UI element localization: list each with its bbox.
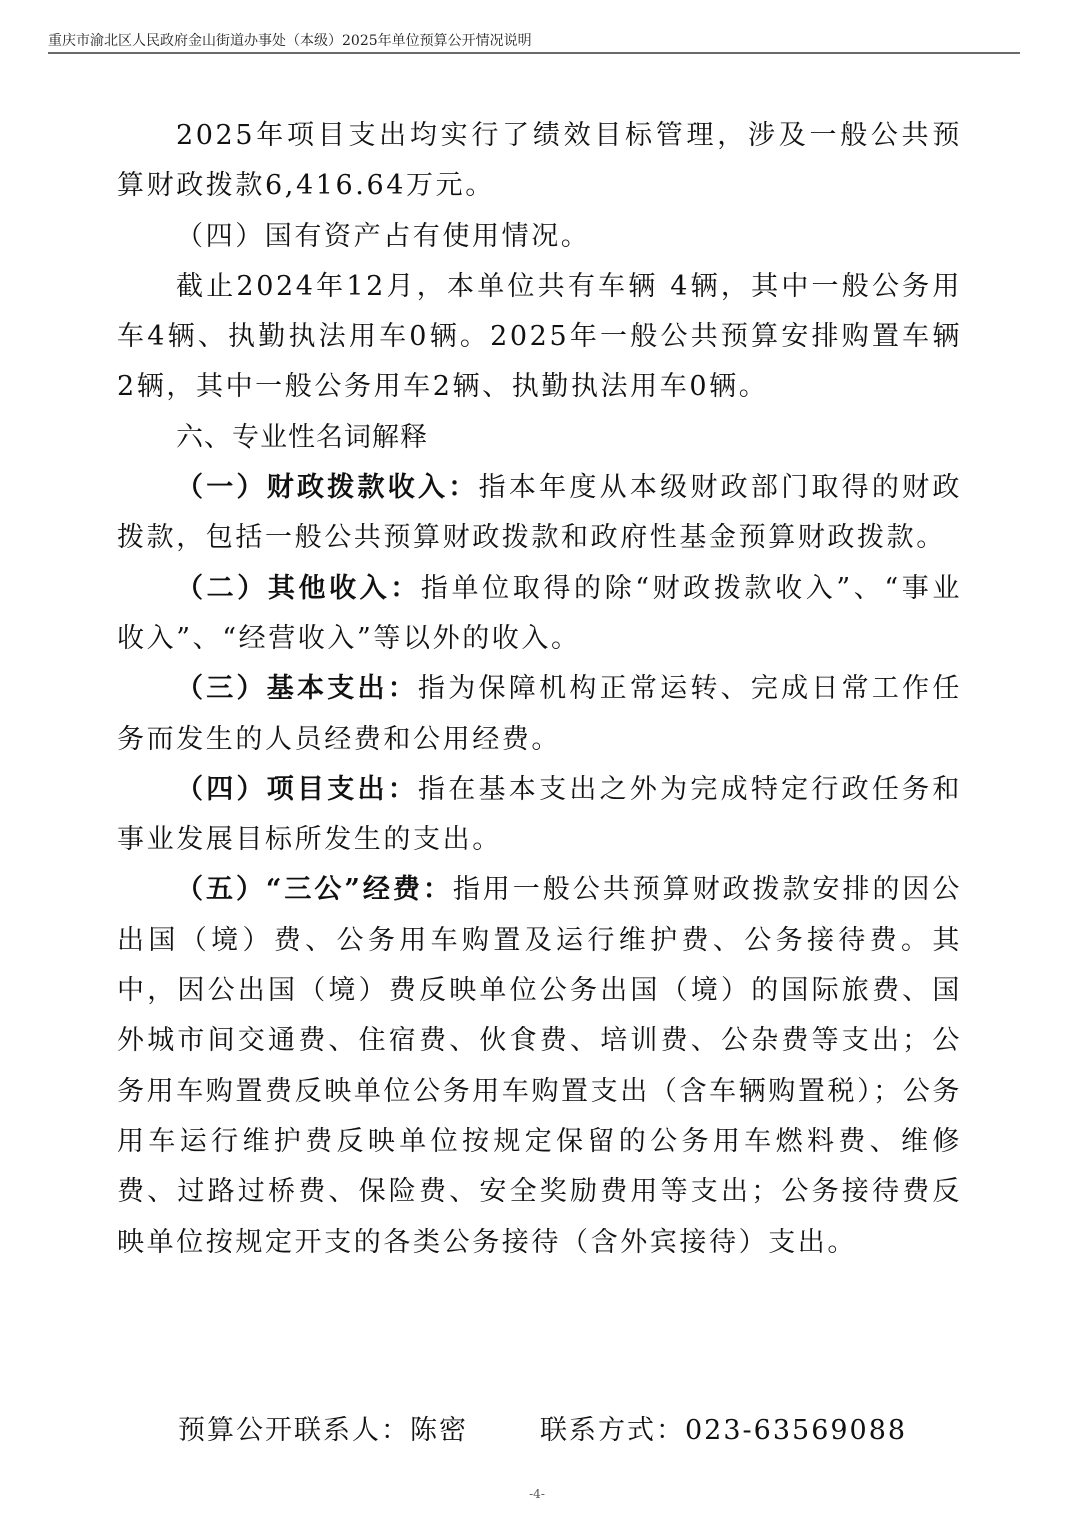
contact-person-name: 陈密	[410, 1415, 468, 1446]
paragraph-subheading-state-assets: （四）国有资产占有使用情况。	[117, 212, 962, 262]
term-fiscal-appropriation-income: （一）财政拨款收入：指本年度从本级财政部门取得的财政拨款，包括一般公共预算财政拨…	[117, 463, 962, 564]
term-label: （一）财政拨款收入：	[176, 472, 479, 503]
page-number: -4-	[0, 1487, 1074, 1501]
term-label: （二）其他收入：	[176, 573, 421, 604]
term-three-public-expenses: （五）“三公”经费：指用一般公共预算财政拨款安排的因公出国（境）费、公务用车购置…	[117, 865, 962, 1267]
term-basic-expenditure: （三）基本支出：指为保障机构正常运转、完成日常工作任务而发生的人员经费和公用经费…	[117, 664, 962, 765]
term-definition: 指用一般公共预算财政拨款安排的因公出国（境）费、公务用车购置及运行维护费、公务接…	[117, 874, 962, 1257]
section-heading-terms: 六、专业性名词解释	[117, 413, 962, 463]
paragraph-performance-management: 2025年项目支出均实行了绩效目标管理，涉及一般公共预算财政拨款6,416.64…	[117, 111, 962, 212]
term-other-income: （二）其他收入：指单位取得的除“财政拨款收入”、“事业收入”、“经营收入”等以外…	[117, 564, 962, 665]
term-label: （四）项目支出：	[176, 774, 418, 805]
term-label: （五）“三公”经费：	[176, 874, 453, 905]
document-header-title: 重庆市渝北区人民政府金山街道办事处（本级）2025年单位预算公开情况说明	[48, 30, 1020, 50]
contact-line: 预算公开联系人：陈密联系方式：023-63569088	[178, 1408, 907, 1447]
paragraph-vehicles: 截止2024年12月，本单位共有车辆 4辆，其中一般公务用车4辆、执勤执法用车0…	[117, 262, 962, 413]
header-divider	[48, 52, 1020, 54]
term-label: （三）基本支出：	[176, 673, 418, 704]
contact-person-label: 预算公开联系人：	[178, 1415, 410, 1446]
document-body: 2025年项目支出均实行了绩效目标管理，涉及一般公共预算财政拨款6,416.64…	[117, 111, 962, 1268]
contact-phone: 023-63569088	[685, 1415, 907, 1446]
contact-method-label: 联系方式：	[540, 1415, 685, 1446]
term-project-expenditure: （四）项目支出：指在基本支出之外为完成特定行政任务和事业发展目标所发生的支出。	[117, 765, 962, 866]
